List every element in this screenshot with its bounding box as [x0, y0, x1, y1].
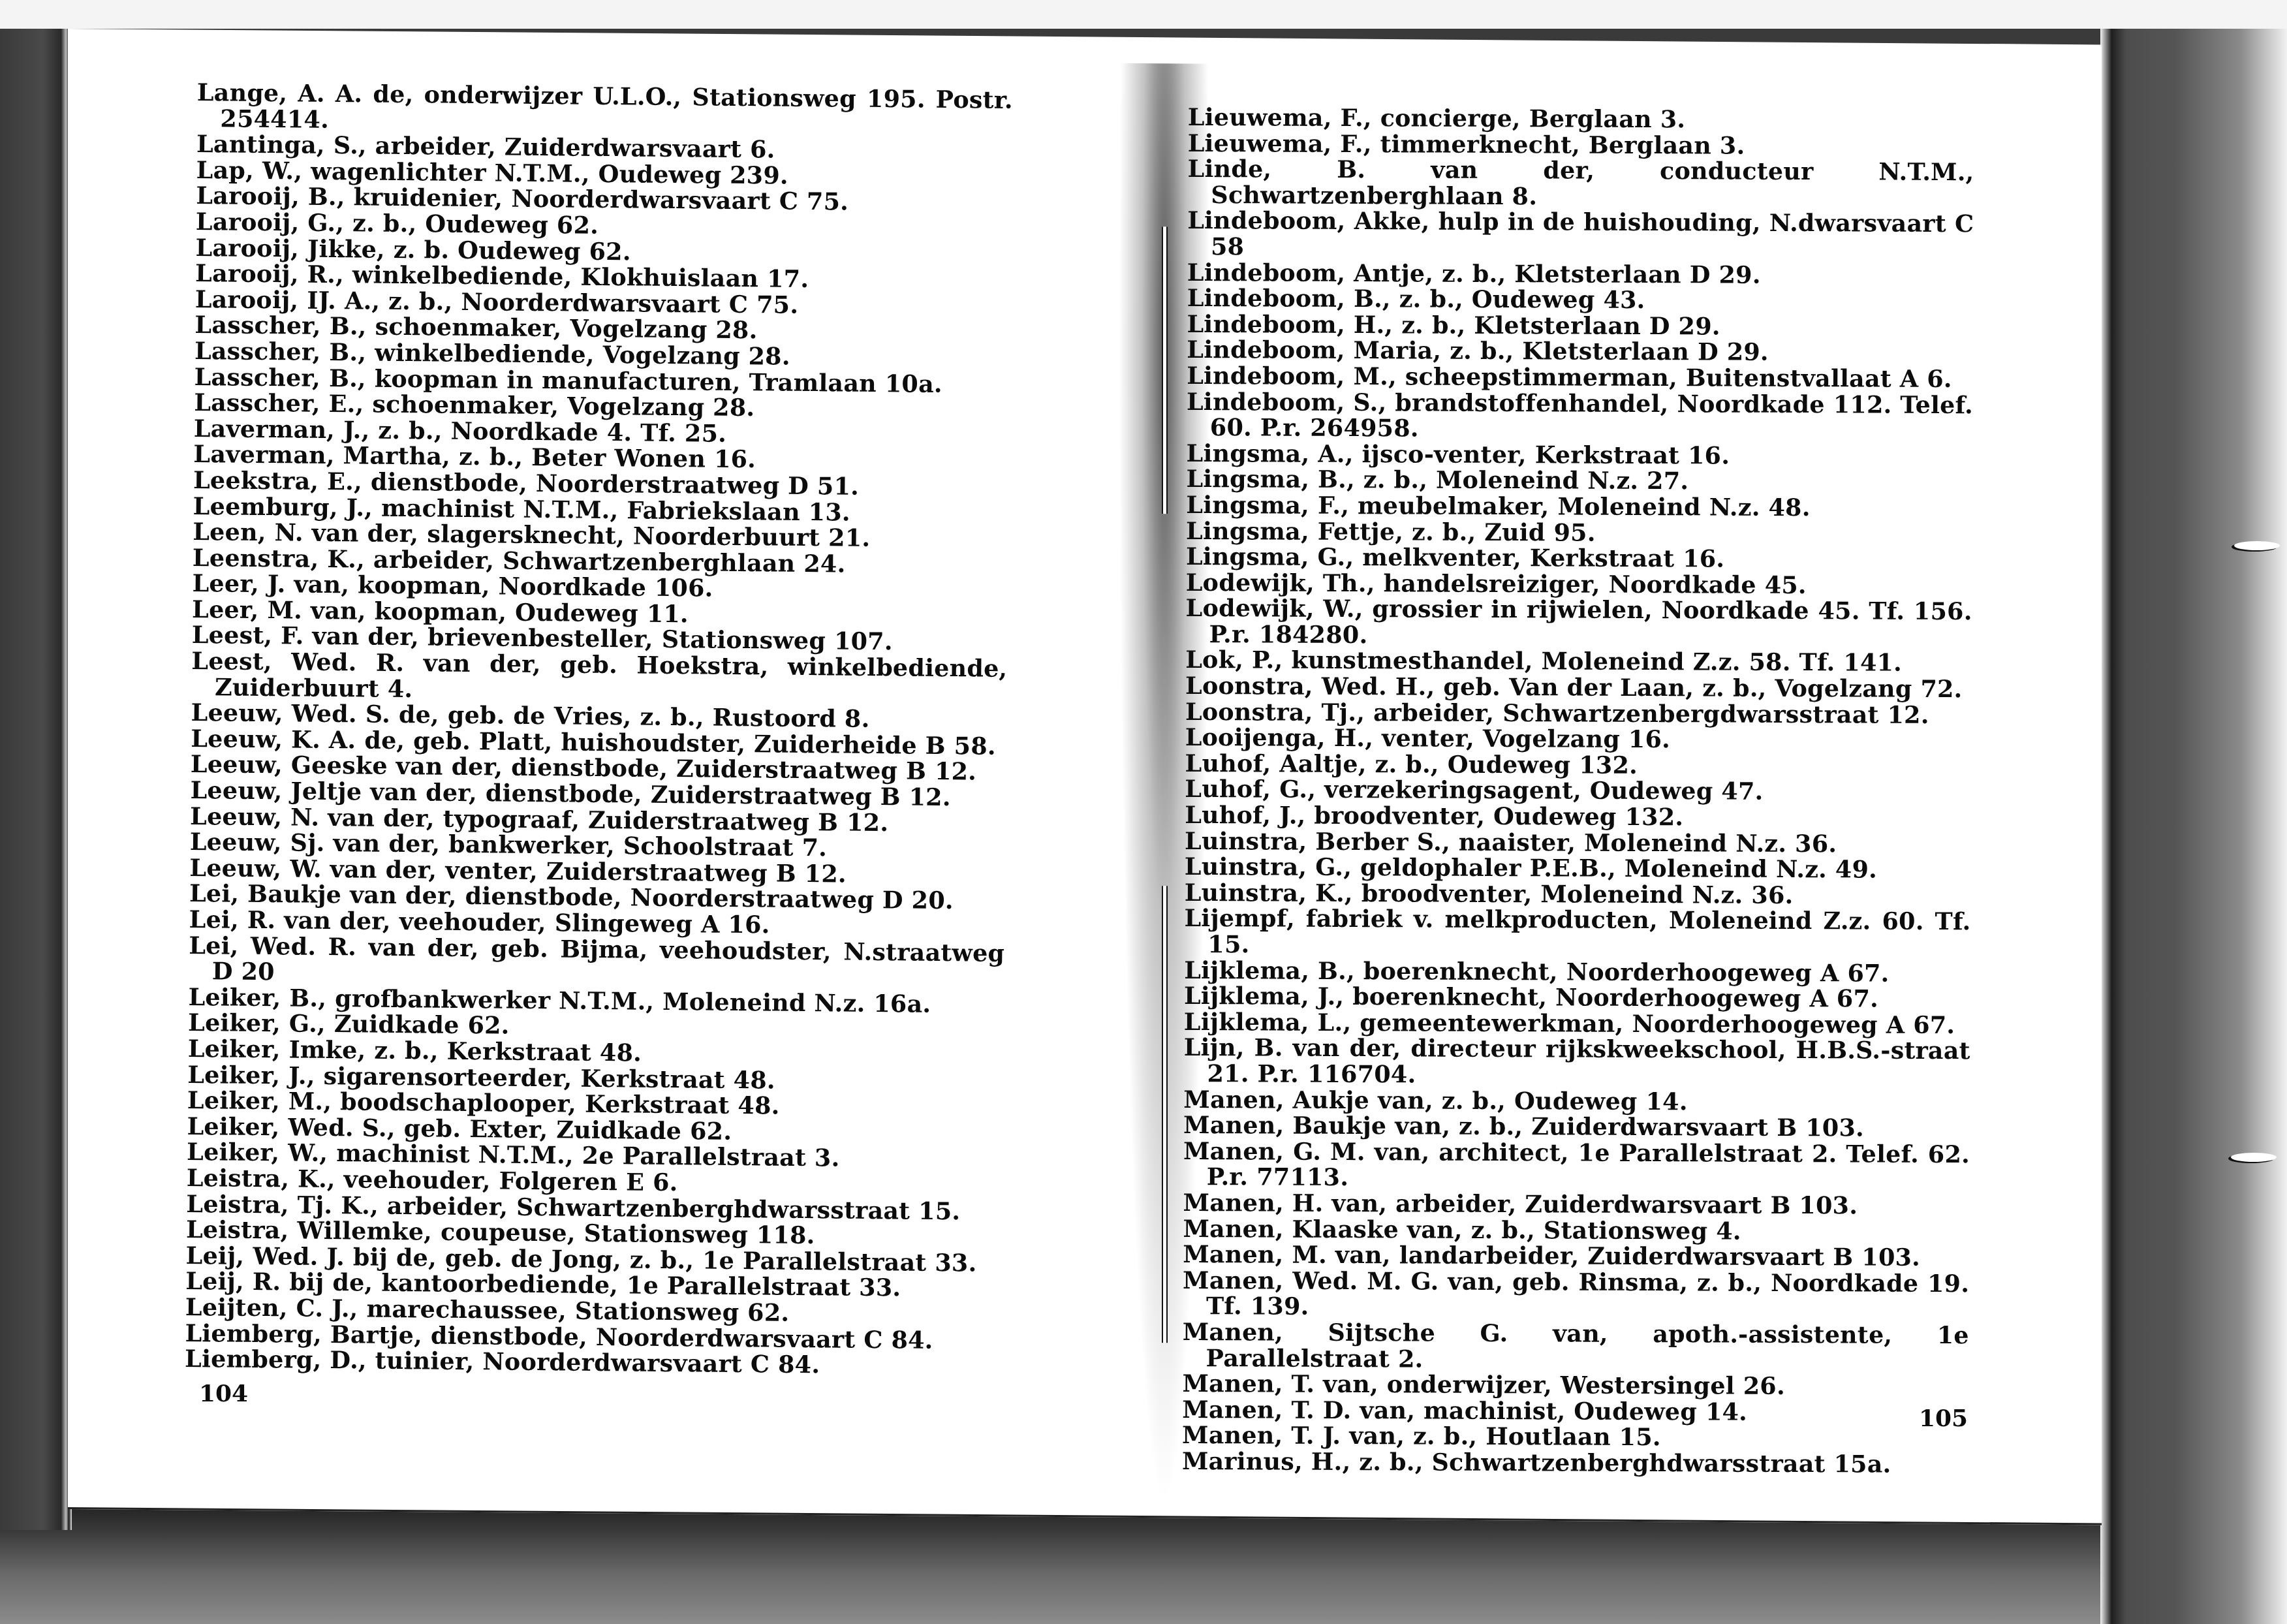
- directory-entry: Lijempf, fabriek v. melkproducten, Molen…: [1184, 905, 1970, 960]
- directory-entry: Lindeboom, S., brandstoffenhandel, Noord…: [1187, 389, 1973, 444]
- book-right-edge: [2100, 29, 2287, 1624]
- page-number-left: 104: [199, 1380, 248, 1407]
- book-left-edge: [0, 29, 72, 1530]
- directory-entry: Lindeboom, Akke, hulp in de huishouding,…: [1187, 208, 1974, 262]
- punch-hole: [2234, 541, 2280, 550]
- directory-entry: Manen, G. M. van, architect, 1e Parallel…: [1183, 1138, 1970, 1193]
- directory-entry: Lange, A. A. de, onderwijzer U.L.O., Sta…: [196, 80, 1013, 139]
- directory-entry: Manen, Wed. M. G. van, geb. Rinsma, z. b…: [1183, 1268, 1969, 1322]
- directory-entry: Marinus, H., z. b., Schwartzenberghdwars…: [1182, 1448, 1968, 1478]
- left-page-entries: Lange, A. A. de, onderwijzer U.L.O., Sta…: [185, 80, 1013, 1380]
- right-page-entries: Lieuwema, F., concierge, Berglaan 3.Lieu…: [1182, 104, 1974, 1478]
- page-number-right: 105: [1919, 1405, 1968, 1432]
- scan-top-edge: [0, 0, 2287, 29]
- binding-stitch: [1162, 226, 1168, 514]
- directory-entry: Lijn, B. van der, directeur rijkskweeksc…: [1183, 1035, 1970, 1089]
- binding-stitch: [1162, 886, 1168, 1343]
- punch-hole: [2231, 1153, 2277, 1162]
- directory-entry: Manen, Sijtsche G. van, apoth.-assistent…: [1183, 1319, 1969, 1374]
- directory-entry: Linde, B. van der, conducteur N.T.M., Sc…: [1187, 156, 1974, 211]
- directory-entry: Lodewijk, W., grossier in rijwielen, Noo…: [1185, 595, 1972, 650]
- directory-entry: Lei, Wed. R. van der, geb. Bijma, veehou…: [189, 933, 1005, 992]
- directory-entry: Leest, Wed. R. van der, geb. Hoekstra, w…: [191, 648, 1008, 708]
